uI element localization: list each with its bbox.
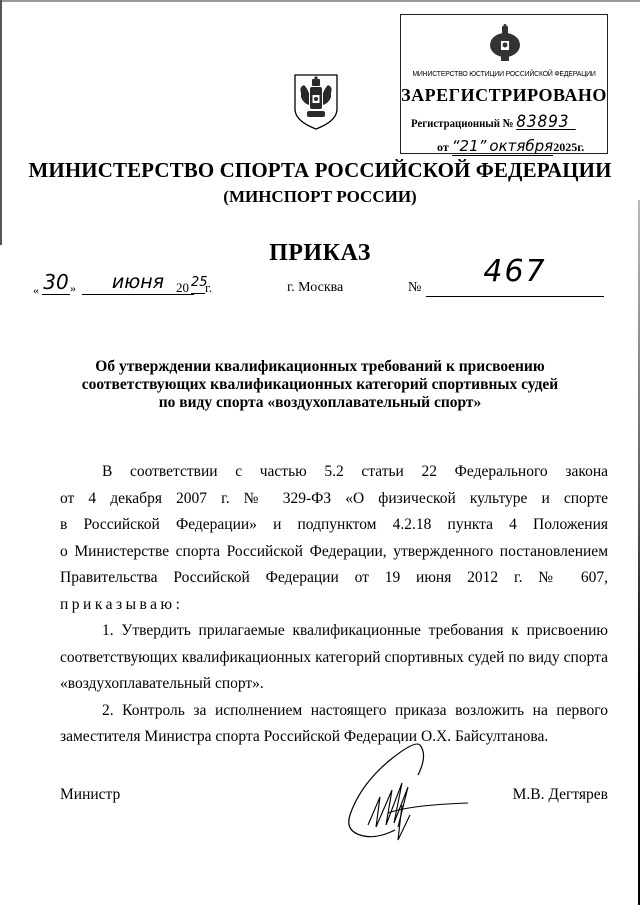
order-city: г. Москва: [287, 280, 343, 296]
order-year-g: г.: [205, 280, 212, 296]
stamp-reg-label: Регистрационный №: [411, 116, 514, 130]
stamp-reg-number: 83893: [516, 115, 575, 130]
order-day: 30: [42, 270, 70, 295]
order-subject: Об утверждении квалификационных требован…: [0, 358, 640, 412]
ministry-title: МИНИСТЕРСТВО СПОРТА РОССИЙСКОЙ ФЕДЕРАЦИИ: [0, 158, 640, 183]
preamble-line-2: от 4 декабря 2007 г. № 329-ФЗ «О физичес…: [60, 486, 608, 513]
preamble-line-5-text: Правительства Российской Федерации от 19…: [60, 569, 608, 586]
registration-stamp: МИНИСТЕРСТВО ЮСТИЦИИ РОССИЙСКОЙ ФЕДЕРАЦИ…: [400, 14, 608, 154]
coat-of-arms-icon: [293, 73, 339, 131]
date-quote-close: »: [70, 281, 76, 296]
order-number: 467: [426, 250, 604, 297]
stamp-date-suffix: г.: [577, 140, 584, 154]
order-word: приказываю:: [60, 596, 183, 613]
item-1-line-3: «воздухоплавательный спорт».: [60, 671, 608, 698]
stamp-date-prefix: от: [437, 140, 449, 154]
ministry-short-name: (МИНСПОРТ РОССИИ): [0, 187, 640, 207]
preamble-line-1: В соответствии с частью 5.2 статьи 22 Фе…: [60, 459, 608, 486]
stamp-status: ЗАРЕГИСТРИРОВАНО: [401, 85, 607, 106]
item-1-line-2: соответствующих квалификационных категор…: [60, 645, 608, 672]
date-quote-open: «: [33, 283, 39, 298]
order-year-suffix: 25: [191, 273, 205, 294]
subject-line-3: по виду спорта «воздухоплавательный спор…: [0, 394, 640, 412]
order-year-prefix: 20: [176, 280, 189, 296]
item-1-line-1: 1. Утвердить прилагаемые квалификационны…: [60, 618, 608, 645]
order-date-line: « 30 » июня 20 25 г. г. Москва № 467: [30, 270, 620, 300]
item-2-line-2: заместителя Министра спорта Российской Ф…: [60, 724, 608, 751]
preamble-line-5: Правительства Российской Федерации от 19…: [60, 565, 608, 618]
signatory-name: М.В. Дегтярев: [513, 786, 608, 804]
scan-edge-left: [0, 0, 2, 245]
item-2-line-1: 2. Контроль за исполнением настоящего пр…: [60, 698, 608, 725]
order-number-sign: №: [408, 280, 421, 296]
signature-icon: [340, 735, 470, 845]
order-body: В соответствии с частью 5.2 статьи 22 Фе…: [60, 459, 608, 751]
subject-line-2: соответствующих квалификационных категор…: [0, 376, 640, 394]
stamp-date-row: от “21” октября 2025г.: [437, 137, 584, 156]
signatory-role: Министр: [60, 786, 120, 804]
stamp-date-month: октября: [489, 137, 553, 155]
subject-line-1: Об утверждении квалификационных требован…: [0, 358, 640, 376]
preamble-line-3: в Российской Федерации» и подпунктом 4.2…: [60, 512, 608, 539]
stamp-reg-row: Регистрационный № 83893: [411, 115, 576, 131]
stamp-date-year: 2025: [553, 140, 577, 154]
small-coat-of-arms-icon: [485, 23, 525, 63]
stamp-ministry: МИНИСТЕРСТВО ЮСТИЦИИ РОССИЙСКОЙ ФЕДЕРАЦИ…: [409, 69, 599, 78]
scan-edge-top: [0, 0, 640, 2]
stamp-date-day: “21”: [452, 137, 487, 155]
preamble-line-4: о Министерстве спорта Российской Федерац…: [60, 539, 608, 566]
